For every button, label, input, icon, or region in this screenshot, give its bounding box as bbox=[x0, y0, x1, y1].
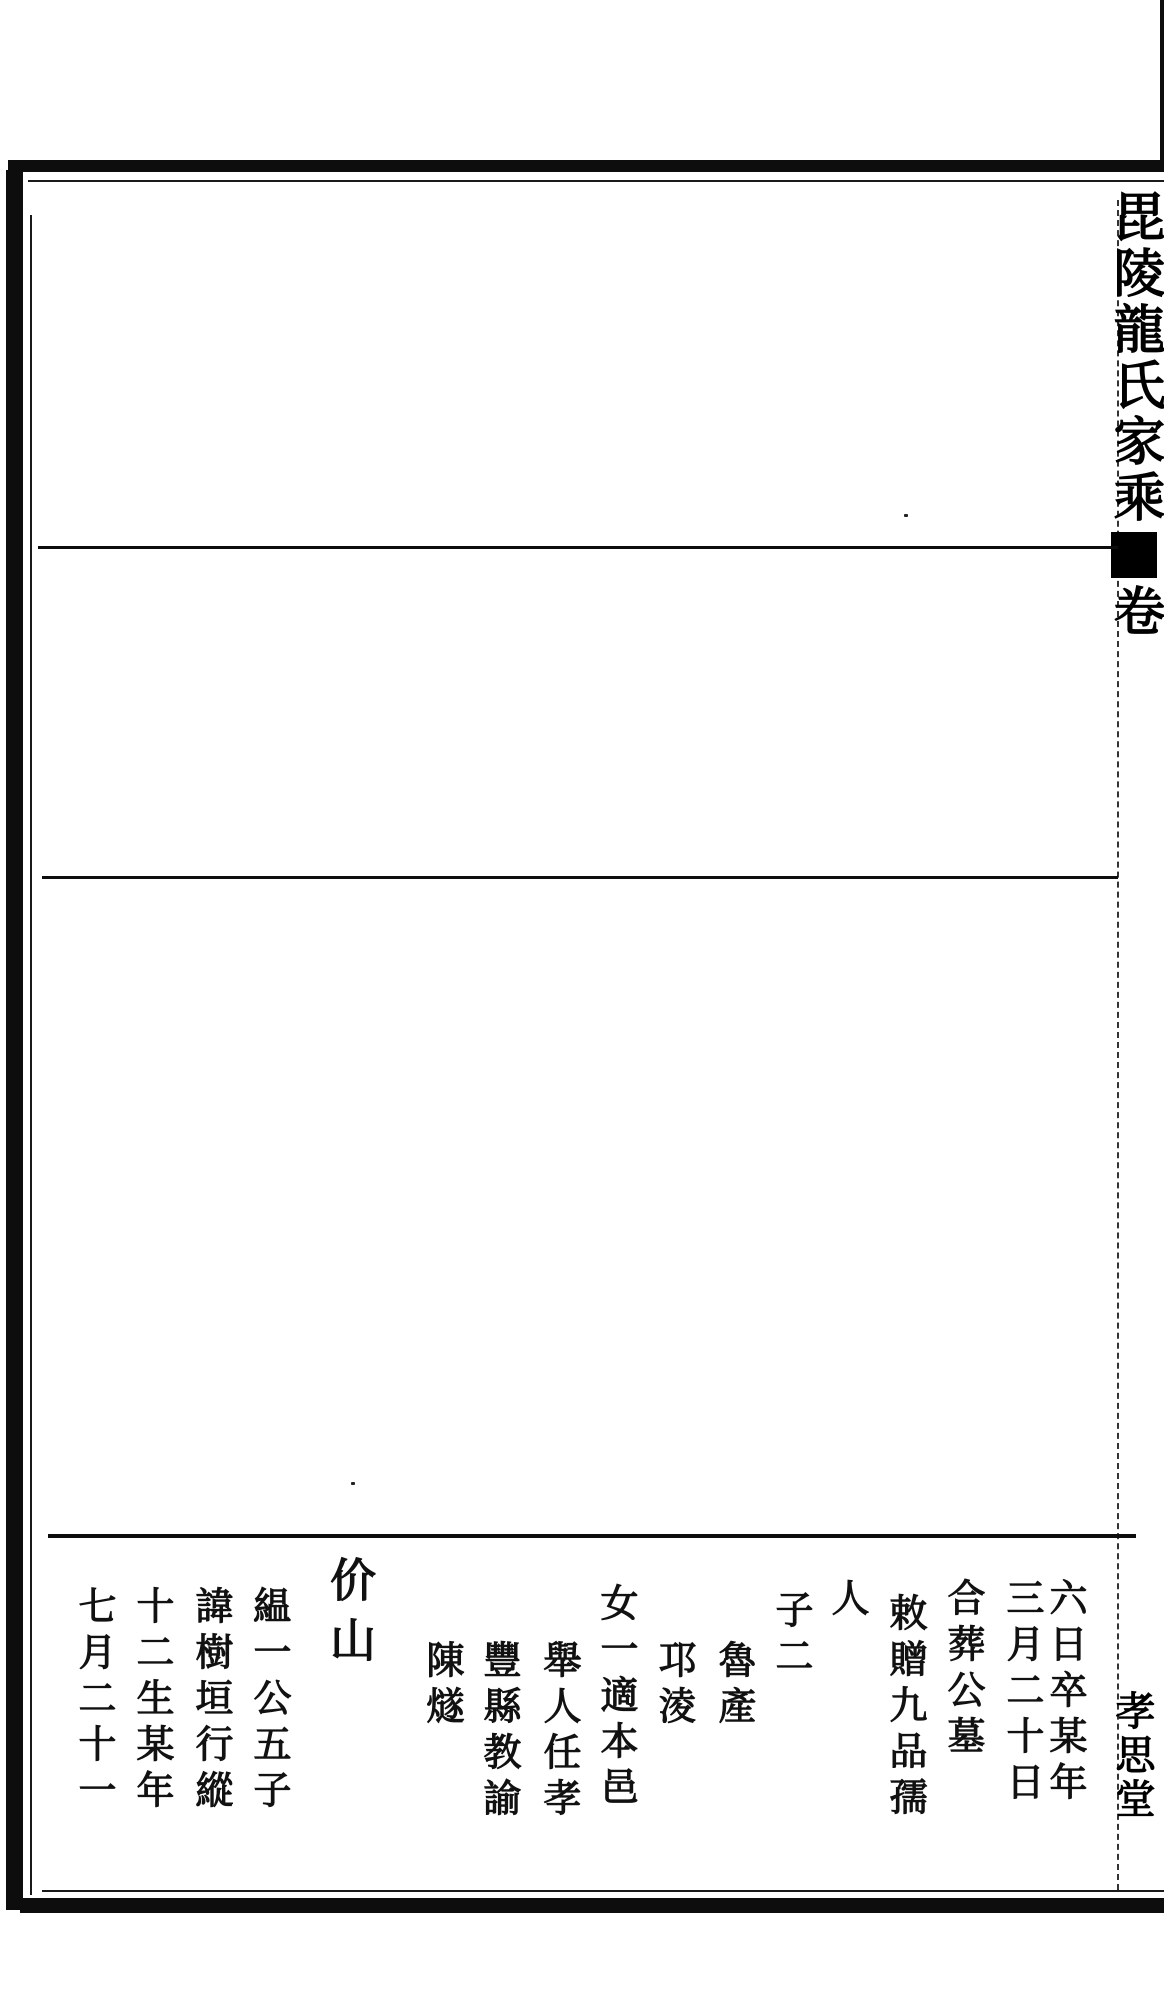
ink-speck bbox=[904, 514, 908, 517]
register-column: 人 bbox=[828, 1578, 866, 1624]
frame-bottom-border bbox=[20, 1898, 1164, 1913]
register-column: 六日卒某年 bbox=[1046, 1578, 1084, 1808]
register-person-heading: 价山 bbox=[327, 1556, 373, 1676]
ink-speck bbox=[351, 1482, 355, 1485]
register-column: 女一適本邑 bbox=[597, 1583, 635, 1813]
register-column: 十二生某年 bbox=[133, 1586, 171, 1816]
register-column: 邛淩 bbox=[655, 1640, 693, 1732]
register-column: 舉人任孝 bbox=[540, 1640, 578, 1824]
register-column: 豐縣教諭 bbox=[480, 1640, 518, 1824]
panel-divider-3 bbox=[48, 1534, 1136, 1538]
register-column: 子二 bbox=[772, 1590, 810, 1682]
spine-title: 毘陵龍氏家乘卷 bbox=[1108, 190, 1160, 640]
frame-left-inner-line bbox=[30, 215, 32, 1895]
frame-top-inner-line bbox=[28, 180, 1164, 182]
register-column: 合葬公墓 bbox=[944, 1578, 982, 1762]
spine-hall-name: 孝思堂 bbox=[1112, 1690, 1152, 1822]
register-column: 七月二十一 bbox=[75, 1586, 113, 1816]
register-column: 諱樹垣行縱 bbox=[192, 1586, 230, 1816]
panel-divider-1 bbox=[38, 546, 1118, 549]
frame-top-border bbox=[8, 160, 1164, 172]
register-column: 魯產 bbox=[715, 1640, 753, 1732]
fish-tail-mark-icon bbox=[1111, 532, 1157, 578]
register-column: 敕贈九品孺 bbox=[886, 1593, 924, 1823]
panel-divider-2 bbox=[42, 876, 1118, 879]
spine-title-text: 毘陵龍氏家乘 bbox=[1104, 190, 1164, 526]
spine-volume-label: 卷 bbox=[1104, 584, 1164, 640]
frame-left-border bbox=[6, 170, 23, 1910]
frame-right-edge bbox=[1160, 0, 1164, 170]
frame-bottom-inner-line bbox=[42, 1890, 1164, 1892]
register-column: 三月二十日 bbox=[1003, 1578, 1041, 1808]
register-column: 緼一公五子 bbox=[250, 1586, 288, 1816]
register-column: 陳燧 bbox=[423, 1640, 461, 1732]
